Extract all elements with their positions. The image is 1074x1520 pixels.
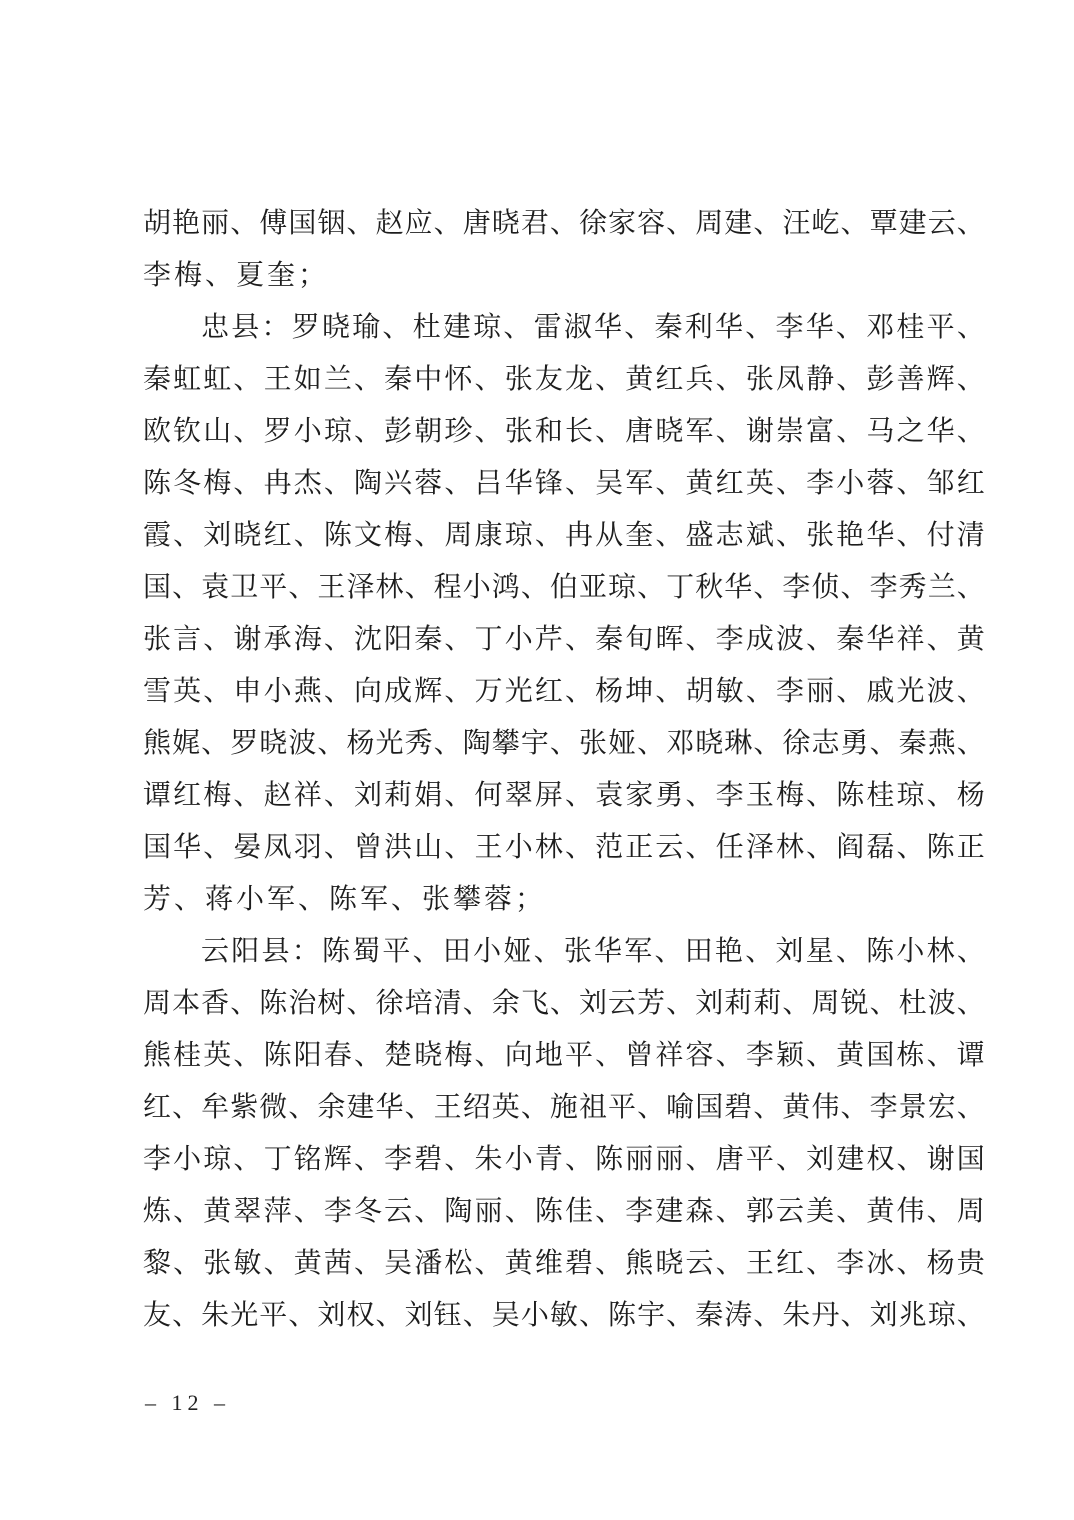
text-line: 熊桂英、陈阳春、楚晓梅、向地平、曾祥容、李颖、黄国栋、谭 [143, 1030, 985, 1082]
text-line: 芳、蒋小军、陈军、张攀蓉； [143, 874, 985, 926]
text-line: 炼、黄翠萍、李冬云、陶丽、陈佳、李建森、郭云美、黄伟、周 [143, 1186, 985, 1238]
text-line: 陈冬梅、冉杰、陶兴蓉、吕华锋、吴军、黄红英、李小蓉、邹红 [143, 458, 985, 510]
name-list-body: 胡艳丽、傅国铟、赵应、唐晓君、徐家容、周建、汪屹、覃建云、李梅、夏奎；忠县：罗晓… [143, 198, 985, 1342]
text-line: 霞、刘晓红、陈文梅、周康琼、冉从奎、盛志斌、张艳华、付清 [143, 510, 985, 562]
text-line: 张言、谢承海、沈阳秦、丁小芹、秦旬晖、李成波、秦华祥、黄 [143, 614, 985, 666]
text-line: 云阳县：陈蜀平、田小娅、张华军、田艳、刘星、陈小林、 [143, 926, 985, 978]
text-line: 红、牟紫微、余建华、王绍英、施祖平、喻国碧、黄伟、李景宏、 [143, 1082, 985, 1134]
text-line: 秦虹虹、王如兰、秦中怀、张友龙、黄红兵、张凤静、彭善辉、 [143, 354, 985, 406]
text-line: 欧钦山、罗小琼、彭朝珍、张和长、唐晓军、谢崇富、马之华、 [143, 406, 985, 458]
text-line: 周本香、陈治树、徐培清、余飞、刘云芳、刘莉莉、周锐、杜波、 [143, 978, 985, 1030]
text-line: 李梅、夏奎； [143, 250, 985, 302]
text-line: 谭红梅、赵祥、刘莉娟、何翠屏、袁家勇、李玉梅、陈桂琼、杨 [143, 770, 985, 822]
text-line: 国华、晏凤羽、曾洪山、王小林、范正云、任泽林、阎磊、陈正 [143, 822, 985, 874]
page-number: – 12 – [145, 1390, 230, 1416]
text-line: 胡艳丽、傅国铟、赵应、唐晓君、徐家容、周建、汪屹、覃建云、 [143, 198, 985, 250]
text-line: 熊娓、罗晓波、杨光秀、陶攀宇、张娅、邓晓琳、徐志勇、秦燕、 [143, 718, 985, 770]
text-line: 忠县：罗晓瑜、杜建琼、雷淑华、秦利华、李华、邓桂平、 [143, 302, 985, 354]
document-page: 胡艳丽、傅国铟、赵应、唐晓君、徐家容、周建、汪屹、覃建云、李梅、夏奎；忠县：罗晓… [0, 0, 1074, 1520]
text-line: 雪英、申小燕、向成辉、万光红、杨坤、胡敏、李丽、戚光波、 [143, 666, 985, 718]
text-line: 友、朱光平、刘权、刘钰、吴小敏、陈宇、秦涛、朱丹、刘兆琼、 [143, 1290, 985, 1342]
text-line: 李小琼、丁铭辉、李碧、朱小青、陈丽丽、唐平、刘建权、谢国 [143, 1134, 985, 1186]
text-line: 黎、张敏、黄茜、吴潘松、黄维碧、熊晓云、王红、李冰、杨贵 [143, 1238, 985, 1290]
text-line: 国、袁卫平、王泽林、程小鸿、伯亚琼、丁秋华、李侦、李秀兰、 [143, 562, 985, 614]
